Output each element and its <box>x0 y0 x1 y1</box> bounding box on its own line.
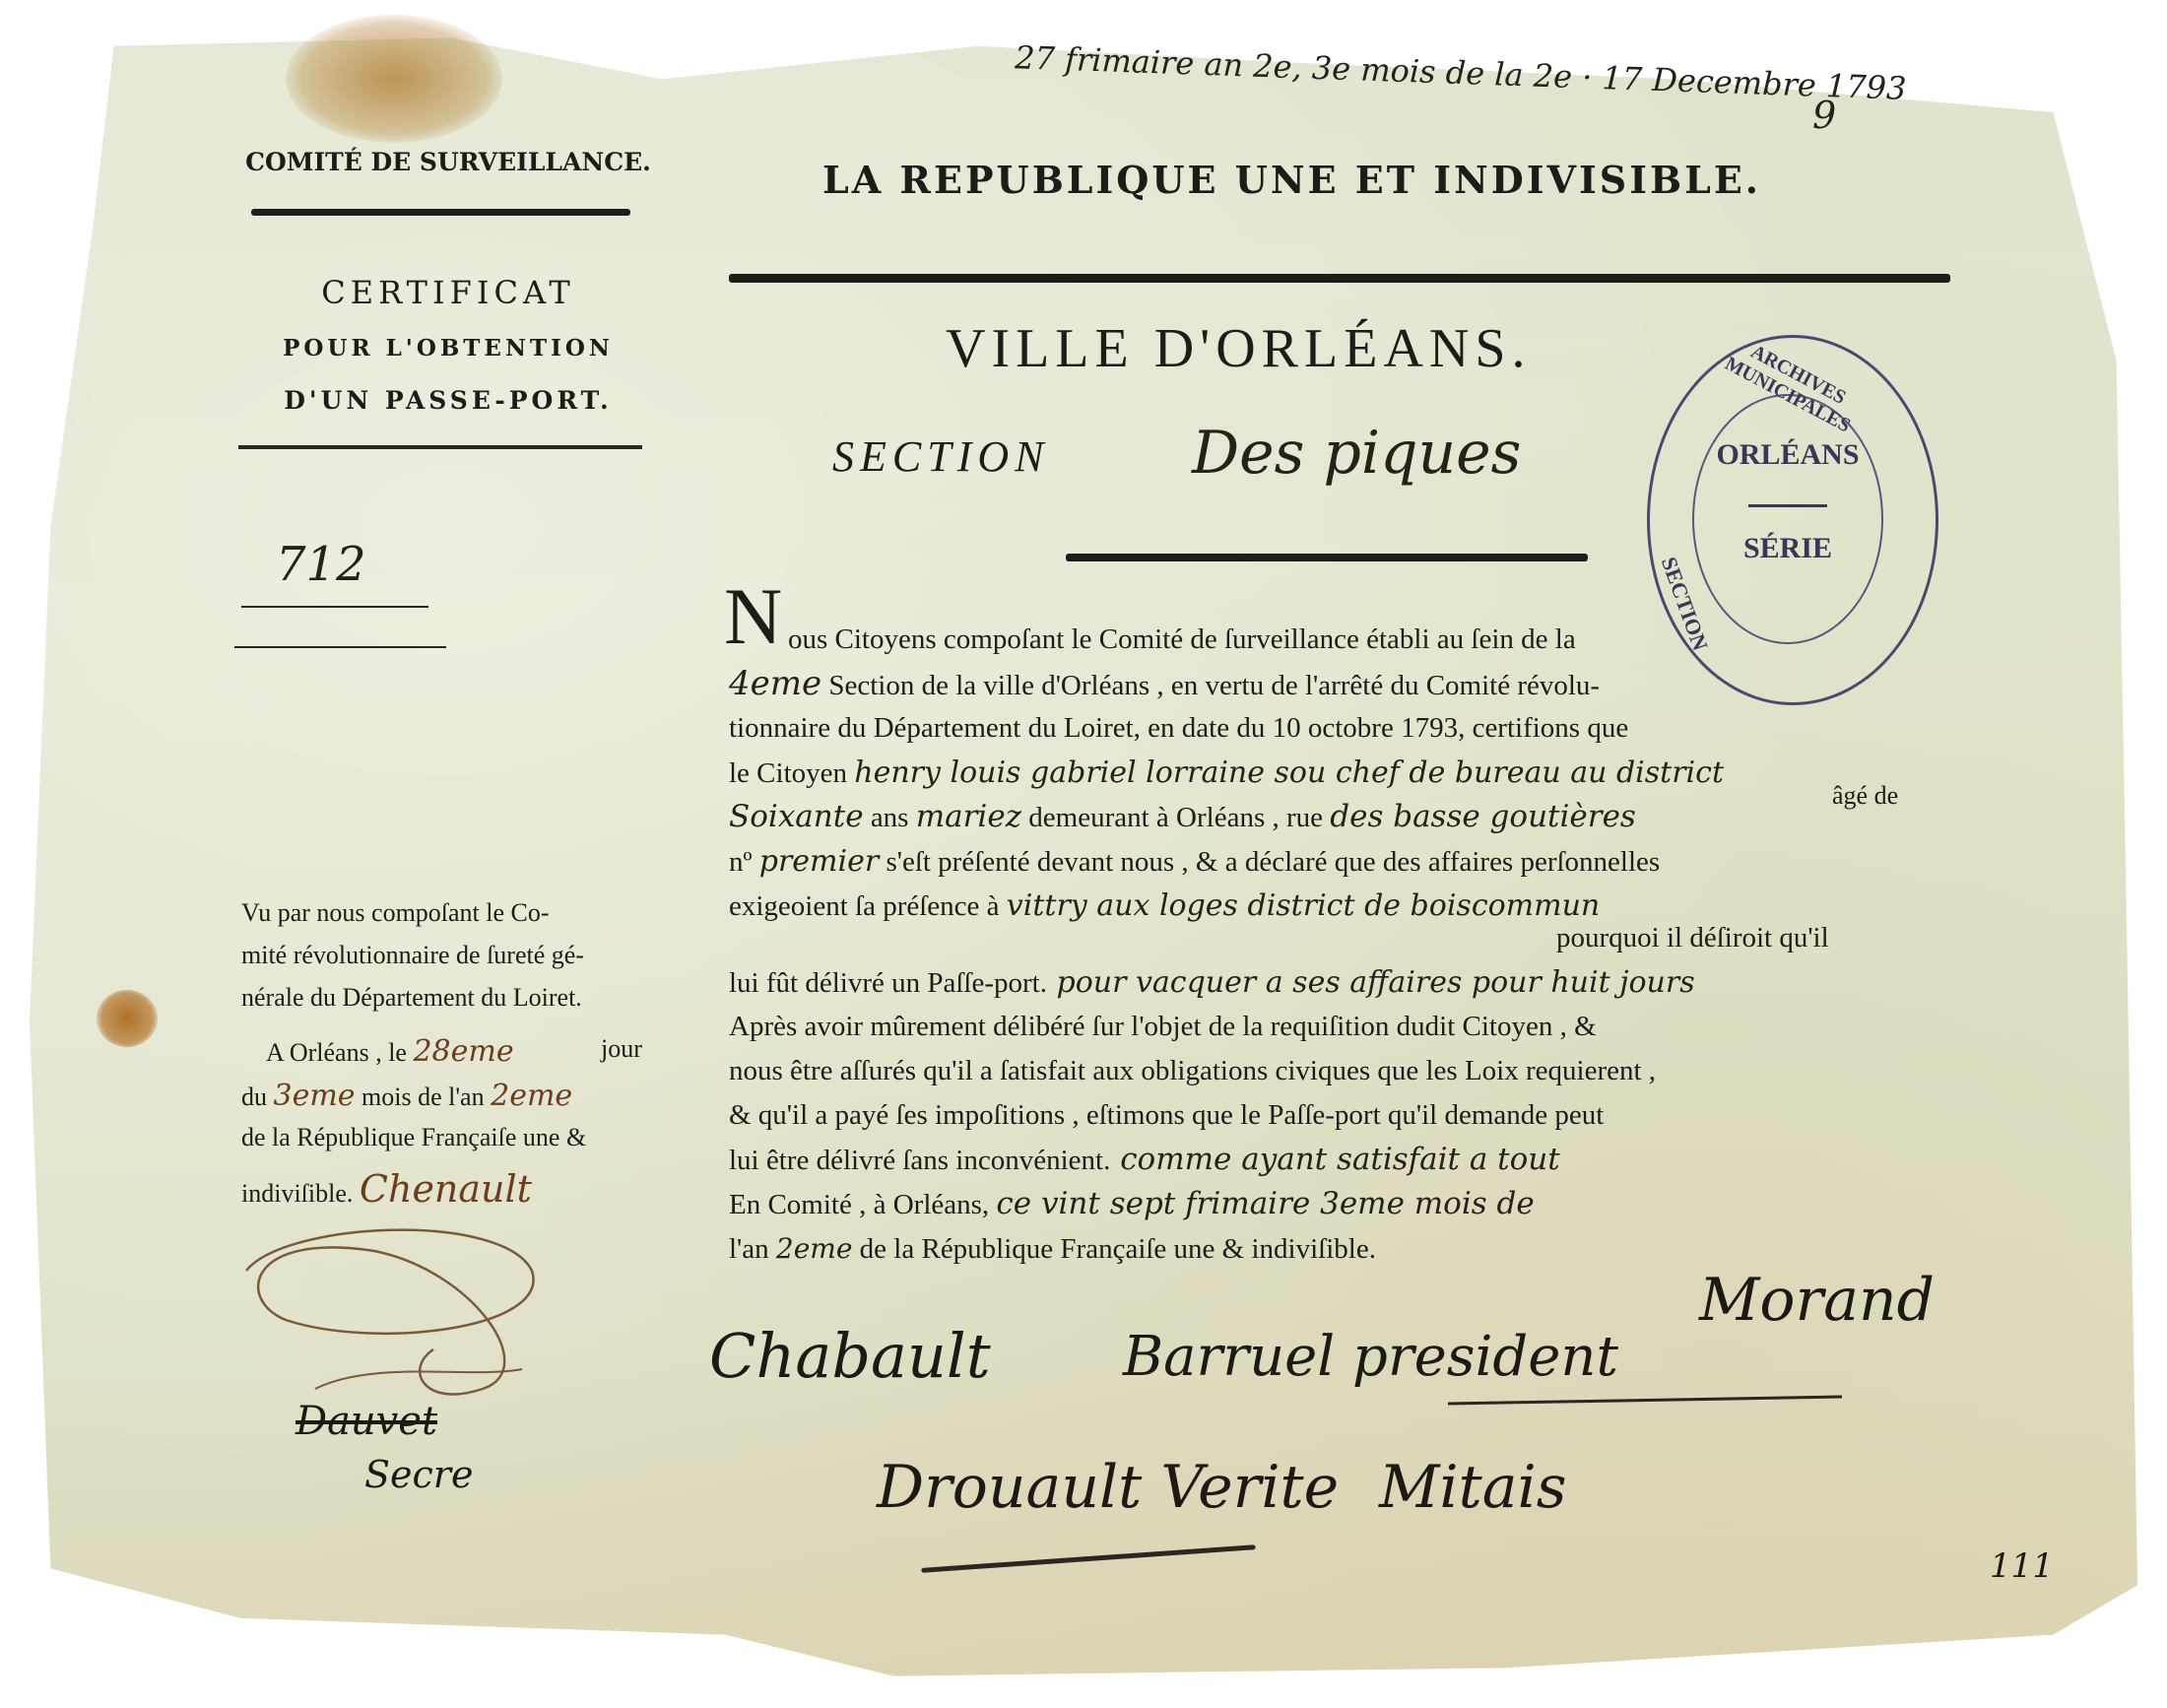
section-number-handwritten: 4eme <box>729 664 821 703</box>
body-line-12: lui être délivré ſans inconvénient. comm… <box>729 1138 1560 1183</box>
body-line-13: En Comité , à Orléans, ce vint sept frim… <box>729 1182 1535 1227</box>
stamp-center-top: ORLÉANS <box>1704 438 1871 472</box>
body-line-8: lui fût délivré un Paſſe-port. pour vacq… <box>729 960 1695 1006</box>
stamp-center-bottom: SÉRIE <box>1704 532 1871 565</box>
date-handwritten: ce vint sept frimaire 3eme mois de <box>996 1186 1534 1221</box>
stamp-divider <box>1748 504 1827 507</box>
section-rule <box>1066 554 1588 561</box>
body-line-11: & qu'il a payé ſes impoſitions , eſtimon… <box>729 1093 1604 1138</box>
signature-drouault: Drouault Verite <box>877 1453 1339 1522</box>
body-line-6: nº premier s'eſt préſenté devant nous , … <box>729 839 1660 885</box>
body-line-14: l'an 2eme de la République Françaiſe une… <box>729 1226 1376 1272</box>
certificate-subtitle-2: D'UN PASSE-PORT. <box>217 386 680 415</box>
signature-chabault: Chabault <box>709 1320 991 1392</box>
side-line-3: nérale du Département du Loiret. <box>241 983 582 1013</box>
body-line-7b: pourquoi il déſiroit qu'il <box>1556 916 1829 960</box>
side-signature: Chenault <box>360 1167 532 1211</box>
registry-number: 712 <box>276 537 366 592</box>
section-label: SECTION <box>832 431 1049 482</box>
body-line-1: ous Citoyens compoſant le Comité de ſurv… <box>788 618 1576 662</box>
body-line-3: tionnaire du Département du Loiret, en d… <box>729 706 1628 751</box>
side-line-7: indiviſible. Chenault <box>241 1167 532 1211</box>
body-line-2: 4eme Section de la ville d'Orléans , en … <box>729 662 1600 708</box>
street-handwritten: des basse goutières <box>1330 799 1636 834</box>
signature-barruel: Barruel president <box>1123 1325 1618 1389</box>
republic-header-rule <box>729 274 1950 283</box>
paper-stain-top <box>286 15 502 143</box>
body-line-10: nous être aſſurés qu'il a ſatisfait aux … <box>729 1049 1656 1093</box>
section-name-handwritten: Des piques <box>1192 419 1521 488</box>
side-line-2: mité révolutionnaire de ſureté gé- <box>241 941 584 970</box>
body-line-7: exigeoient ſa préſence à vittry aux loge… <box>729 884 1600 929</box>
citizen-name-handwritten: henry louis gabriel lorraine sou chef de… <box>854 755 1724 790</box>
destination-handwritten: vittry aux loges district de boiscommun <box>1007 888 1600 923</box>
signature-morand: Morand <box>1699 1266 1935 1335</box>
body-line-4: le Citoyen henry louis gabriel lorraine … <box>729 751 1724 796</box>
purpose-handwritten: pour vacquer a ses affaires pour huit jo… <box>1047 965 1695 1000</box>
signature-secretary-title: Secre <box>364 1453 473 1496</box>
certificate-title: CERTIFICAT <box>217 274 680 311</box>
republic-header: LA REPUBLIQUE UNE ET INDIVISIBLE. <box>822 158 1761 202</box>
body-line-5: Soixante ans mariez demeurant à Orléans … <box>729 795 1636 840</box>
side-line-1: Vu par nous compoſant le Co- <box>241 898 550 928</box>
registry-underline-1 <box>241 606 428 608</box>
signature-secretary: Dauvet <box>295 1399 437 1444</box>
city-title: VILLE D'ORLÉANS. <box>946 317 1531 380</box>
registry-underline-2 <box>234 646 446 648</box>
signature-mitais: Mitais <box>1379 1453 1567 1522</box>
side-line-4: A Orléans , le 28eme <box>266 1034 514 1069</box>
corner-mark: 111 <box>1990 1546 2054 1586</box>
body-line-9: Après avoir mûrement délibéré ſur l'obje… <box>729 1005 1597 1049</box>
drop-cap: N <box>724 576 782 657</box>
certificate-subtitle-1: POUR L'OBTENTION <box>217 335 680 361</box>
side-line-4b: jour <box>601 1034 642 1064</box>
age-label: âgé de <box>1832 773 1898 818</box>
left-header-rule <box>251 209 630 216</box>
side-line-6: de la République Françaiſe une & <box>241 1123 586 1152</box>
paper-stain-left <box>97 990 158 1047</box>
archival-mark: 9 <box>1812 94 1836 137</box>
committee-header: COMITÉ DE SURVEILLANCE. <box>217 148 680 176</box>
side-line-5: du 3eme mois de l'an 2eme <box>241 1079 572 1113</box>
left-subtitle-rule <box>238 445 642 449</box>
